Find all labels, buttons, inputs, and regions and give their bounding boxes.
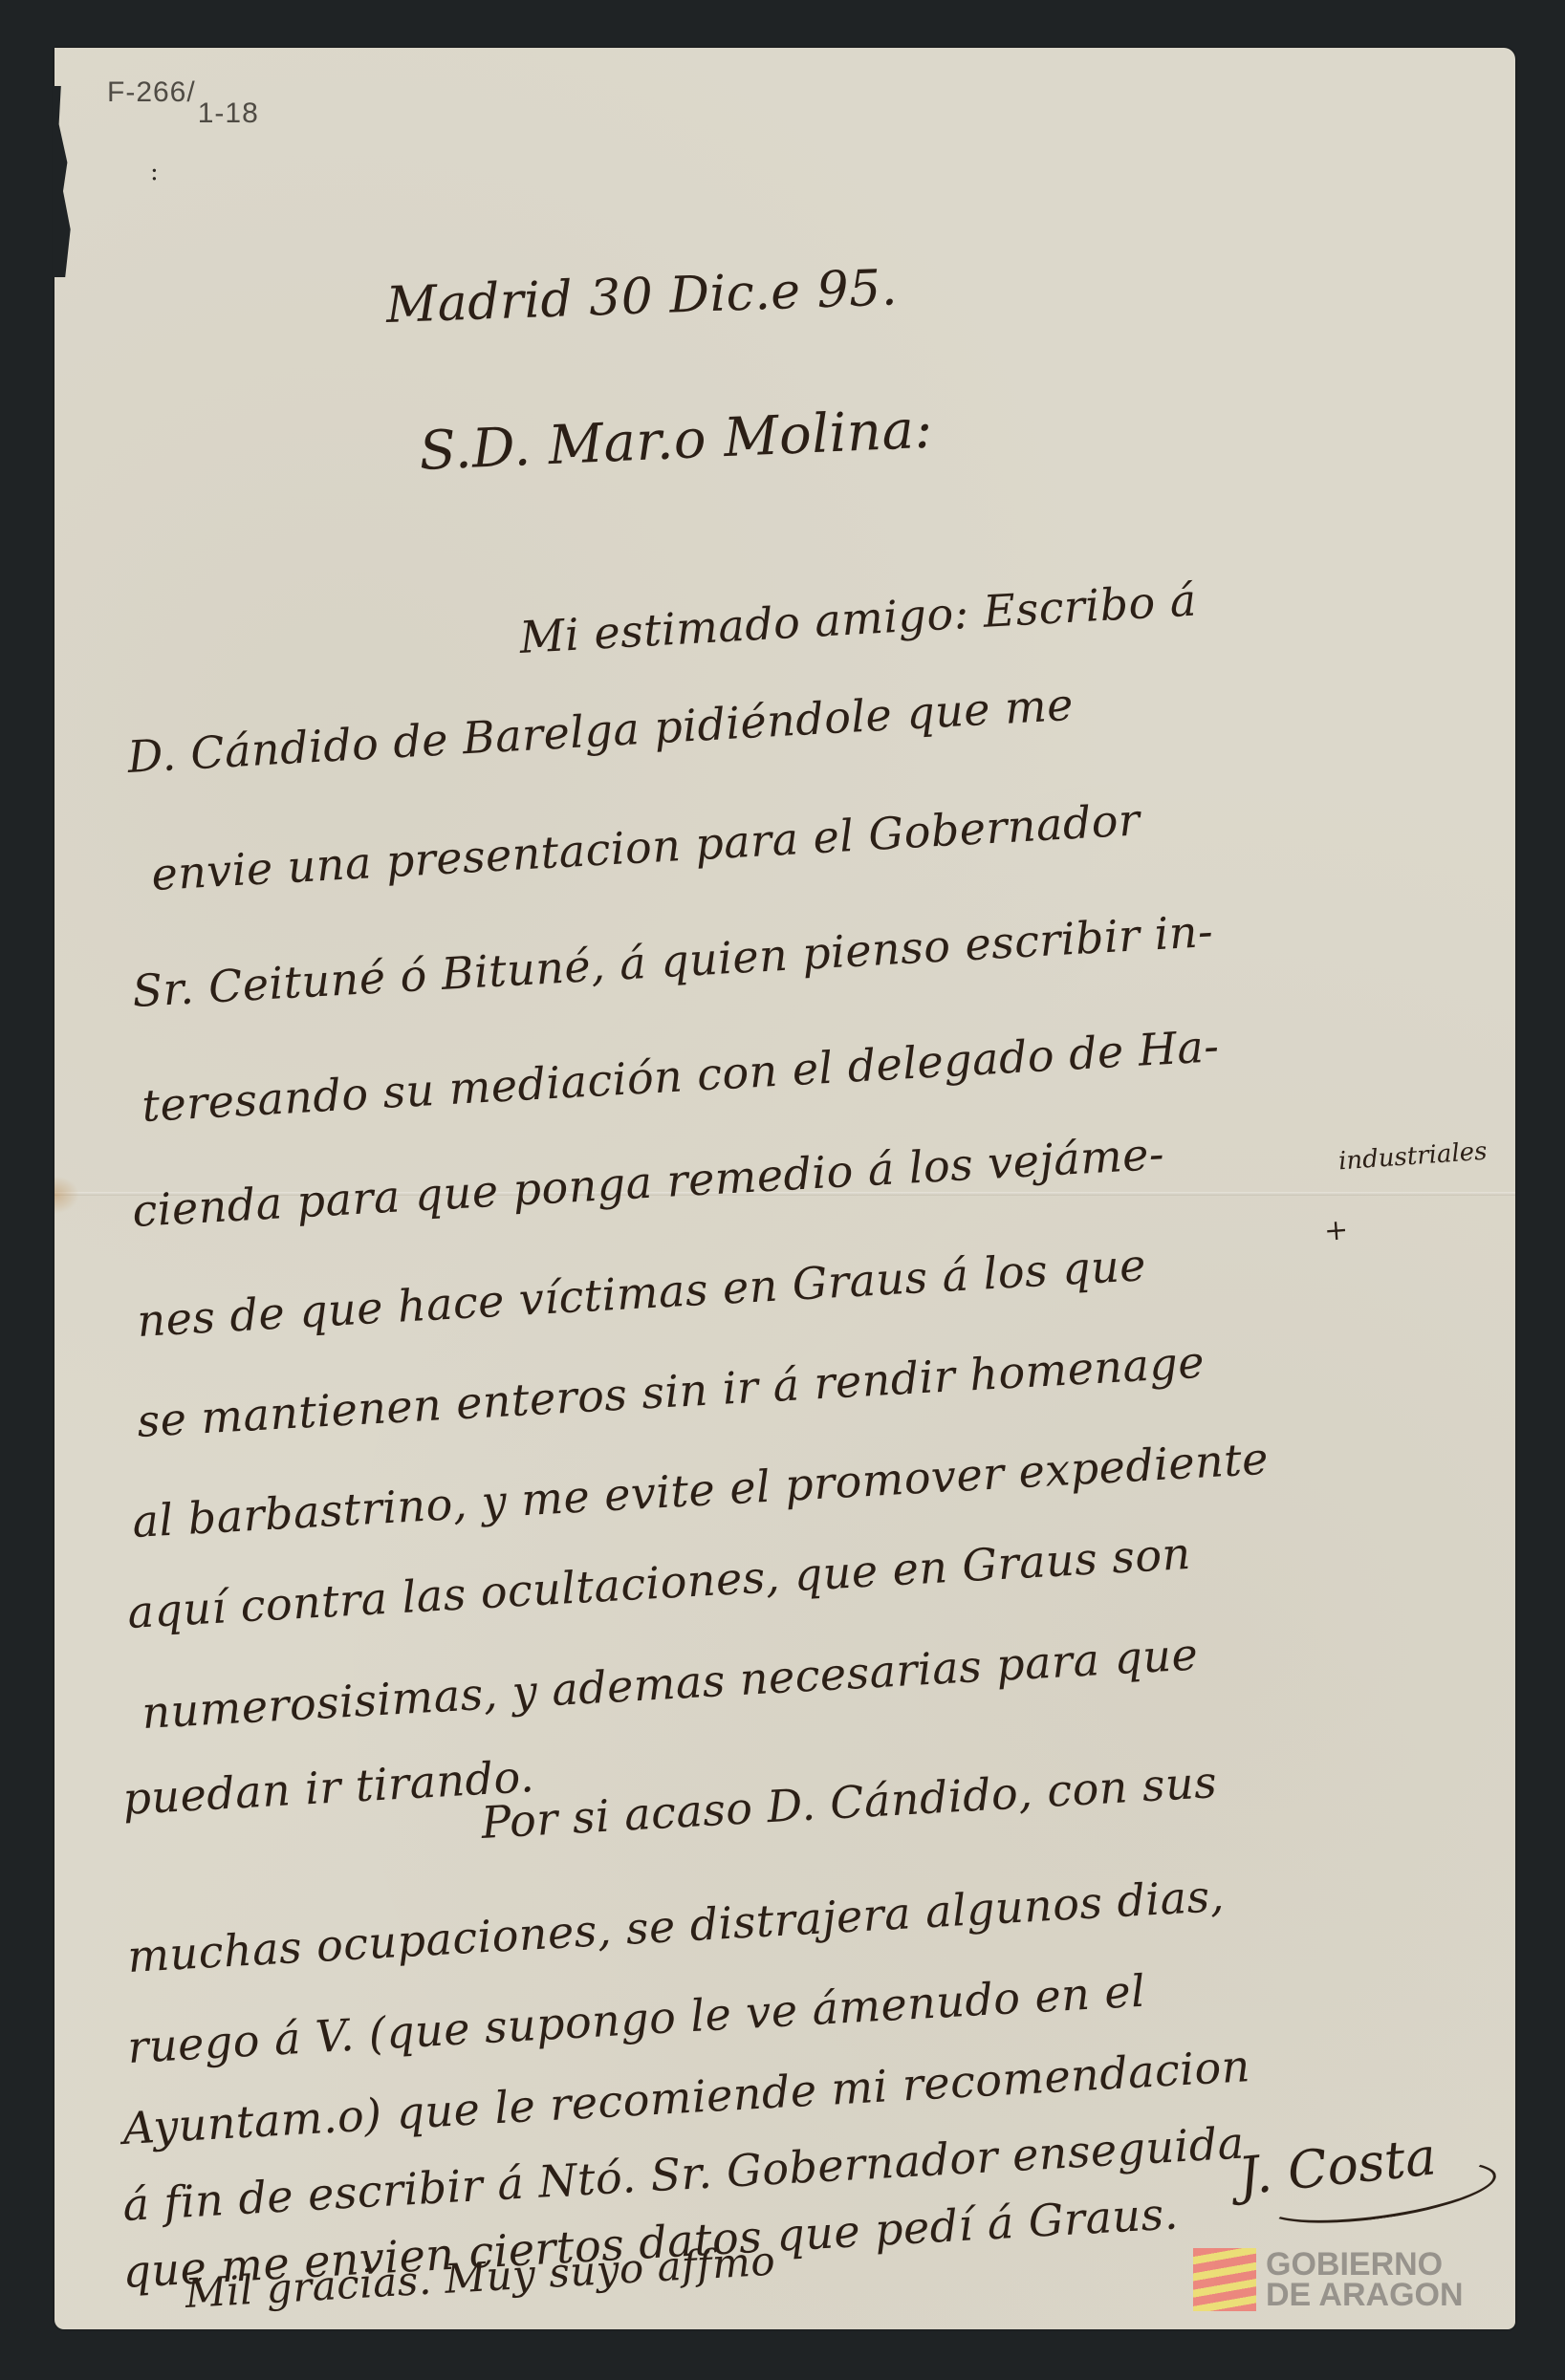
archive-reference: F-266/1-18	[107, 76, 259, 109]
watermark-line-1: GOBIERNO	[1266, 2249, 1464, 2280]
watermark-text: GOBIERNO DE ARAGON	[1266, 2249, 1464, 2310]
gobierno-aragon-watermark: GOBIERNO DE ARAGON	[1193, 2246, 1509, 2313]
archive-ref-sub: 1-18	[198, 97, 259, 130]
aragon-flag-icon	[1193, 2248, 1256, 2311]
archive-ref-main: F-266	[107, 76, 186, 108]
fold-stain	[54, 1176, 79, 1214]
watermark-line-2: DE ARAGON	[1266, 2280, 1464, 2310]
insertion-mark: +	[1323, 1213, 1350, 1248]
torn-edge	[53, 86, 74, 277]
archive-mark: :	[150, 158, 159, 186]
